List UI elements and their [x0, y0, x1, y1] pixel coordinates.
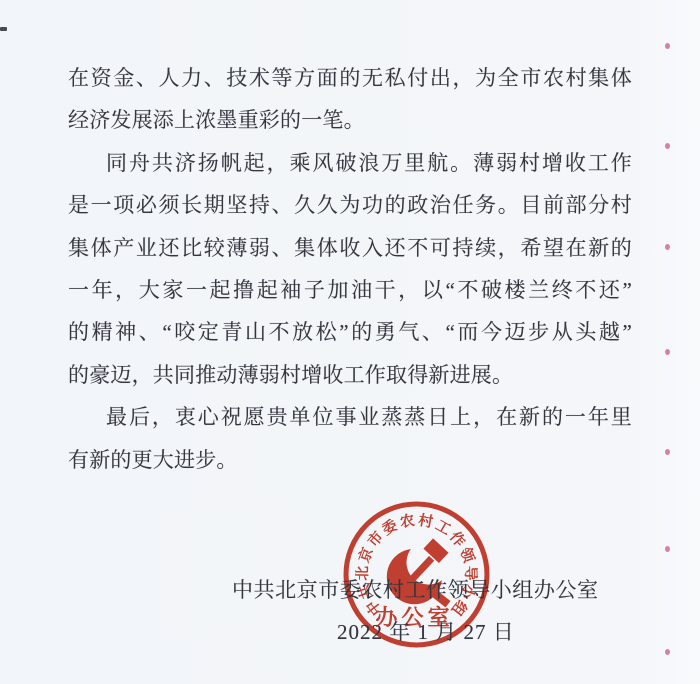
- edge-mark-dot: [665, 546, 670, 552]
- document-line: 是一项必须长期坚持、久久为功的政治任务。目前部分村: [68, 184, 632, 226]
- document-line: 一年，大家一起撸起袖子加油干，以“不破楼兰终不还”: [68, 269, 632, 311]
- edge-mark-dot: [665, 449, 670, 455]
- document-line: 的精神、“咬定青山不放松”的勇气、“而今迈步从头越”: [68, 311, 632, 353]
- letter-body: 在资金、人力、技术等方面的无私付出，为全市农村集体经济发展添上浓墨重彩的一笔。同…: [68, 57, 632, 481]
- edge-mark-dot: [665, 143, 670, 149]
- edge-mark-dot: [665, 43, 670, 49]
- seal-arc-char: 委: [379, 516, 401, 539]
- seal-arc-char: 农: [398, 511, 416, 531]
- scan-speck: [0, 27, 7, 31]
- signature-org: 中共北京市委农村工作领导小组办公室: [232, 574, 598, 604]
- edge-mark-dot: [665, 649, 670, 655]
- signature-date: 2022 年 1 月 27 日: [337, 616, 515, 646]
- seal-arc-char: 村: [417, 512, 435, 531]
- document-line: 有新的更大进步。: [68, 439, 632, 481]
- edge-mark-dot: [665, 244, 670, 250]
- document-line: 集体产业还比较薄弱、集体收入还不可持续，希望在新的: [68, 227, 632, 269]
- document-line: 在资金、人力、技术等方面的无私付出，为全市农村集体: [68, 57, 632, 99]
- document-line: 最后，衷心祝愿贵单位事业蒸蒸日上，在新的一年里: [68, 396, 632, 438]
- edge-mark-dot: [665, 349, 670, 355]
- document-line: 同舟共济扬帆起，乘风破浪万里航。薄弱村增收工作: [68, 142, 632, 184]
- document-line: 的豪迈，共同推动薄弱村增收工作取得新进展。: [68, 354, 632, 396]
- document-line: 经济发展添上浓墨重彩的一笔。: [68, 99, 632, 141]
- scanned-letter-page: 在资金、人力、技术等方面的无私付出，为全市农村集体经济发展添上浓墨重彩的一笔。同…: [0, 0, 700, 684]
